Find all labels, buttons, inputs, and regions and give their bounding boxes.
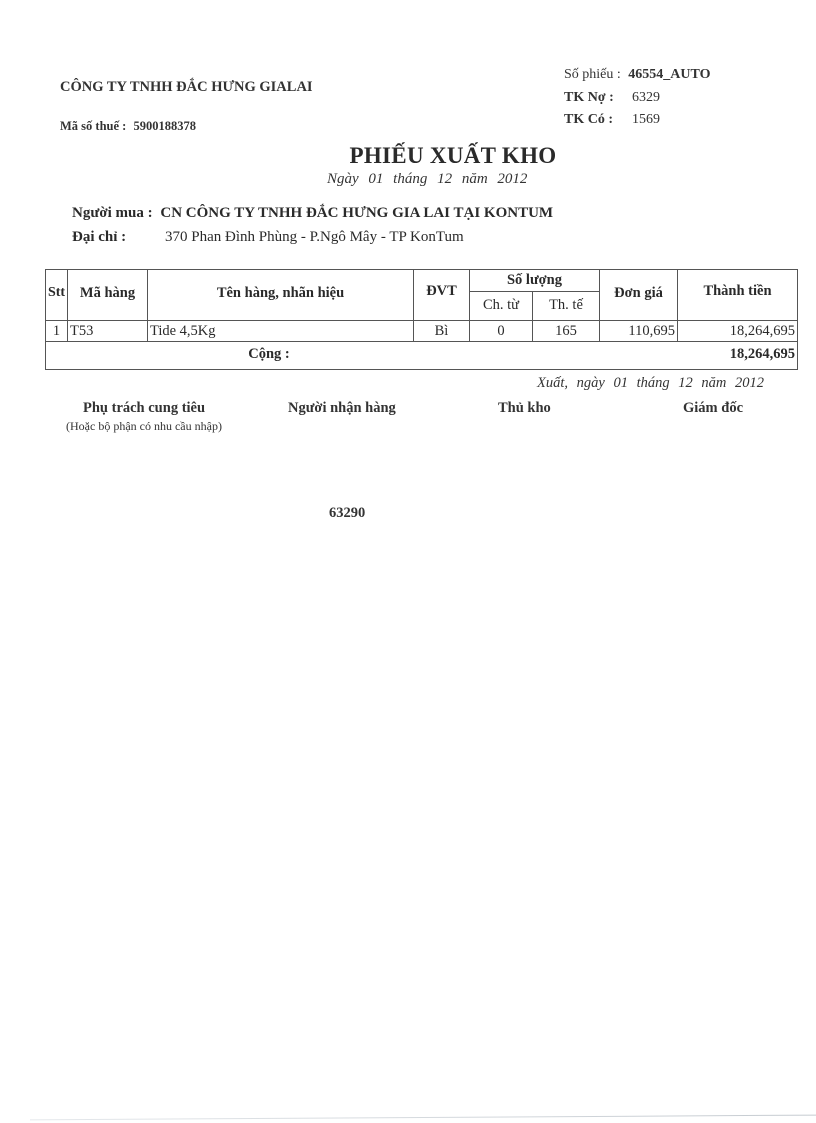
header-code: Mã hàng [68, 285, 147, 302]
buyer-name: CN CÔNG TY TNHH ĐẮC HƯNG GIA LAI TẠI KON… [160, 205, 553, 221]
scan-edge-line [30, 1115, 816, 1121]
header-unit: ĐVT [414, 283, 469, 300]
row-name: Tide 4,5Kg [150, 323, 216, 340]
tax-id-value: 5900188378 [133, 119, 196, 133]
row-qty-actual: 165 [533, 323, 599, 340]
items-table: Stt Mã hàng Tên hàng, nhãn hiệu ĐVT Số l… [45, 269, 798, 369]
signature-director: Giám đốc [683, 400, 743, 417]
col-divider [147, 269, 148, 341]
address-value: 370 Phan Đình Phùng - P.Ngô Mây - TP Kon… [165, 229, 464, 246]
voucher-number-value: 46554_AUTO [628, 67, 710, 82]
credit-account: TK Có : 1569 [564, 112, 613, 128]
buyer-address: Đại chỉ : 370 Phan Đình Phùng - P.Ngô Mâ… [72, 229, 126, 246]
header-stt: Stt [46, 285, 67, 301]
credit-account-value: 1569 [632, 112, 660, 128]
buyer: Người mua : CN CÔNG TY TNHH ĐẮC HƯNG GIA… [72, 205, 553, 222]
header-qty-doc: Ch. từ [470, 297, 532, 314]
address-label: Đại chỉ : [72, 229, 126, 245]
footer-code: 63290 [329, 505, 365, 522]
tax-id-label: Mã số thuế : [60, 119, 126, 133]
header-quantity: Số lượng [470, 272, 599, 289]
table-border-top [45, 269, 798, 270]
debit-account-value: 6329 [632, 90, 660, 106]
signature-supply-manager-note: (Hoặc bộ phận có nhu cầu nhập) [66, 419, 222, 434]
company-name: CÔNG TY TNHH ĐẮC HƯNG GIALAI [60, 79, 313, 96]
document-date: Ngày 01 tháng 12 năm 2012 [327, 171, 527, 188]
voucher-number: Số phiếu : 46554_AUTO [564, 67, 710, 83]
voucher-number-label: Số phiếu : [564, 67, 621, 83]
buyer-label: Người mua : [72, 205, 153, 221]
row-unit: Bì [414, 323, 469, 340]
signature-receiver: Người nhận hàng [288, 400, 396, 417]
quantity-subheader-line [469, 291, 599, 292]
table-border-bottom [45, 369, 798, 370]
header-amount: Thành tiền [678, 283, 797, 300]
header-bottom-line [45, 320, 798, 321]
table-border-right [797, 269, 798, 370]
row-bottom-line [45, 341, 798, 342]
debit-account-label: TK Nợ : [564, 90, 614, 106]
signature-storekeeper: Thủ kho [498, 400, 551, 417]
total-amount: 18,264,695 [645, 346, 795, 363]
header-name: Tên hàng, nhãn hiệu [148, 285, 413, 302]
header-qty-actual: Th. tế [533, 297, 599, 314]
document-title: PHIẾU XUẤT KHO [0, 143, 816, 169]
row-unit-price: 110,695 [600, 323, 675, 340]
col-divider [67, 269, 68, 341]
header-unit-price: Đơn giá [600, 285, 677, 302]
debit-account: TK Nợ : 6329 [564, 90, 614, 106]
row-amount: 18,264,695 [678, 323, 795, 340]
issue-date: Xuất, ngày 01 tháng 12 năm 2012 [537, 375, 764, 392]
row-code: T53 [70, 323, 93, 340]
signature-supply-manager: Phụ trách cung tiêu [83, 400, 205, 417]
total-label: Cộng : [45, 346, 493, 363]
row-qty-doc: 0 [470, 323, 532, 340]
tax-id: Mã số thuế : 5900188378 [60, 119, 196, 134]
row-stt: 1 [46, 323, 67, 340]
credit-account-label: TK Có : [564, 112, 613, 128]
